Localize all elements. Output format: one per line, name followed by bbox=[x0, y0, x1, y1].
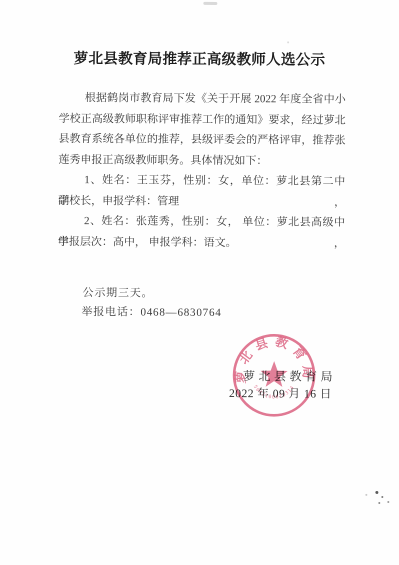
scanned-announcement-page: 萝北县教育局推荐正高级教师人选公示 根据鹤岗市教育局下发《关于开展 2022 年… bbox=[0, 0, 399, 565]
star-icon bbox=[261, 361, 288, 387]
svg-text:5042100023314: 5042100023314 bbox=[252, 384, 296, 400]
body-line: 县教育系统各单位的推荐，县级评委会的严格评审，推荐张 bbox=[58, 129, 345, 151]
document-content: 萝北县教育局推荐正高级教师人选公示 根据鹤岗市教育局下发《关于开展 2022 年… bbox=[0, 0, 399, 565]
scan-speck bbox=[287, 41, 289, 43]
scan-speck bbox=[203, 2, 217, 5]
document-title: 萝北县教育局推荐正高级教师人选公示 bbox=[0, 47, 399, 70]
body-line: 根据鹤岗市教育局下发《关于开展 2022 年度全省中小 bbox=[59, 88, 346, 110]
scan-speck bbox=[387, 501, 389, 503]
scan-speck bbox=[381, 496, 383, 498]
seal-code-text: 5042100023314 bbox=[252, 384, 296, 400]
scan-speck bbox=[365, 494, 367, 496]
notice-period-line: 公示期三天。 bbox=[83, 284, 154, 300]
report-phone-label: 举报电话： bbox=[81, 306, 140, 318]
body-line: 莲秀申报正高级教师职务。具体情况如下： bbox=[58, 149, 345, 171]
report-phone-number: 0468—6830764 bbox=[140, 306, 221, 318]
body-line-item-2: 2、姓名：张莲秀，性别：女， 单位：萝北县高级中学， bbox=[58, 211, 345, 233]
scan-speck bbox=[375, 491, 378, 494]
body-line-item-1: 1、姓名：王玉芬，性别：女，单位：萝北县第二中学， bbox=[58, 170, 345, 192]
official-seal-stamp: 萝北县教育局 5042100023314 bbox=[231, 332, 318, 419]
scan-speck bbox=[378, 502, 380, 504]
report-phone-line: 举报电话：0468—6830764 bbox=[81, 303, 221, 320]
document-body: 根据鹤岗市教育局下发《关于开展 2022 年度全省中小 学校正高级教师职称评审推… bbox=[58, 88, 346, 254]
body-line: 学校正高级教师职称评审推荐工作的通知》要求，经过萝北 bbox=[59, 108, 346, 130]
